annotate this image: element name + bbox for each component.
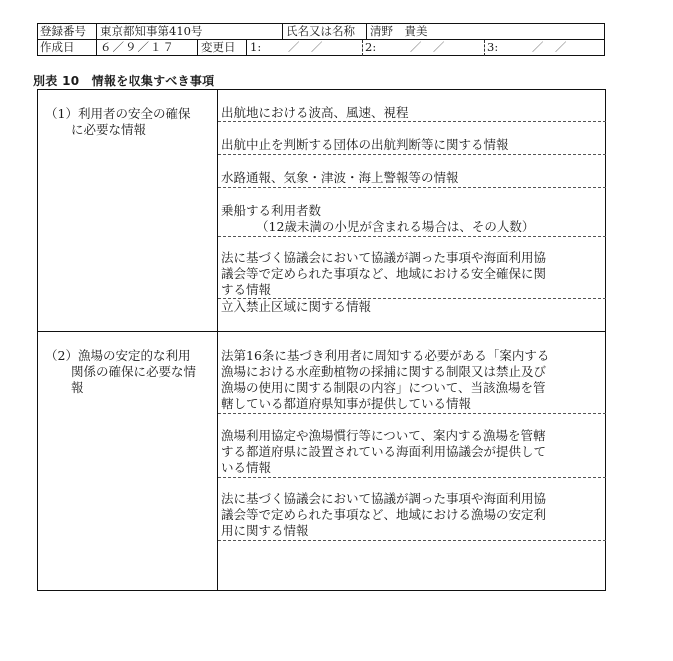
info-item: 法に基づく協議会において協議が調った事項や海面利用協 議会等で定められた事項など… <box>221 491 606 539</box>
name-value: 清野 貴美 <box>370 24 428 39</box>
table-left-border <box>37 89 38 591</box>
info-item-line: 法に基づく協議会において協議が調った事項や海面利用協 <box>221 491 606 507</box>
info-item-line: 用に関する情報 <box>221 523 606 539</box>
category-2-label-line: （2）漁場の安定的な利用 <box>45 348 217 364</box>
registration-label: 登録番号 <box>40 24 86 39</box>
info-item-line: 議会等で定められた事項など、地域における安全確保に関 <box>221 266 606 282</box>
info-item: 法に基づく協議会において協議が調った事項や海面利用協 議会等で定められた事項など… <box>221 250 606 298</box>
info-item: 立入禁止区域に関する情報 <box>221 299 606 315</box>
section-divider <box>37 331 606 332</box>
category-1-label: （1）利用者の安全の確保 に必要な情報 <box>45 106 217 138</box>
info-item-line: （12歳未満の小児が含まれる場合は、その人数） <box>221 219 606 235</box>
header-col-divider <box>96 23 97 56</box>
name-label: 氏名又は名称 <box>286 24 355 39</box>
change-3-index: 3: <box>487 40 498 55</box>
table-bottom-border <box>37 590 606 591</box>
info-item-line: する都道府県に設置されている海面利用協議会が提供して <box>221 444 606 460</box>
item-divider <box>218 187 606 188</box>
info-item: 乗船する利用者数 （12歳未満の小児が含まれる場合は、その人数） <box>221 203 606 235</box>
table-top-border <box>37 89 606 90</box>
info-item-line: 乗船する利用者数 <box>221 203 606 219</box>
info-item: 水路通報、気象・津波・海上警報等の情報 <box>221 170 606 186</box>
item-divider <box>218 236 606 237</box>
change-2-index: 2: <box>365 40 376 55</box>
info-item-line: 出航地における波高、風速、視程 <box>221 105 606 121</box>
change-2-value: ／ ／ <box>410 40 445 55</box>
item-divider <box>218 477 606 478</box>
changed-label: 変更日 <box>201 40 236 55</box>
info-item-line: 立入禁止区域に関する情報 <box>221 299 606 315</box>
info-item-line: 出航中止を判断する団体の出航判断等に関する情報 <box>221 137 606 153</box>
info-item-line: 議会等で定められた事項など、地域における漁場の安定利 <box>221 507 606 523</box>
info-item-line: する情報 <box>221 282 606 298</box>
created-label: 作成日 <box>40 40 75 55</box>
header-col-divider <box>282 23 283 39</box>
info-item-line: 轄している都道府県知事が提供している情報 <box>221 396 606 412</box>
category-2-label-line: 関係の確保に必要な情 <box>45 364 217 380</box>
info-item: 法第16条に基づき利用者に周知する必要がある「案内する 漁場における水産動植物の… <box>221 348 606 412</box>
created-value: ６／９／１７ <box>100 40 175 55</box>
registration-value: 東京都知事第410号 <box>100 24 202 39</box>
category-2-label: （2）漁場の安定的な利用 関係の確保に必要な情 報 <box>45 348 217 396</box>
header-col-divider-dashed <box>484 40 485 56</box>
info-item: 出航中止を判断する団体の出航判断等に関する情報 <box>221 137 606 153</box>
change-1-index: 1: <box>250 40 261 55</box>
info-item-line: いる情報 <box>221 460 606 476</box>
item-divider <box>218 413 606 414</box>
info-item: 出航地における波高、風速、視程 <box>221 105 606 121</box>
info-item-line: 法第16条に基づき利用者に周知する必要がある「案内する <box>221 348 606 364</box>
header-col-divider <box>366 23 367 39</box>
category-1-label-line: （1）利用者の安全の確保 <box>45 106 217 122</box>
change-1-value: ／ ／ <box>288 40 323 55</box>
item-divider <box>218 540 606 541</box>
info-item-line: 法に基づく協議会において協議が調った事項や海面利用協 <box>221 250 606 266</box>
item-divider <box>218 121 606 122</box>
info-item: 漁場利用協定や漁場慣行等について、案内する漁場を管轄 する都道府県に設置されてい… <box>221 428 606 476</box>
section-title: 別表 10 情報を収集すべき事項 <box>33 72 214 89</box>
item-divider <box>218 154 606 155</box>
info-item-line: 水路通報、気象・津波・海上警報等の情報 <box>221 170 606 186</box>
category-2-label-line: 報 <box>45 380 217 396</box>
info-item-line: 漁場における水産動植物の採捕に関する制限又は禁止及び <box>221 364 606 380</box>
header-col-divider <box>246 39 247 56</box>
header-col-divider <box>197 39 198 56</box>
change-3-value: ／ ／ <box>532 40 567 55</box>
info-item-line: 漁場利用協定や漁場慣行等について、案内する漁場を管轄 <box>221 428 606 444</box>
header-col-divider-dashed <box>362 40 363 56</box>
table-center-divider <box>217 89 218 591</box>
info-item-line: 漁場の使用に関する制限の内容」について、当該漁場を管 <box>221 380 606 396</box>
category-1-label-line: に必要な情報 <box>45 122 217 138</box>
